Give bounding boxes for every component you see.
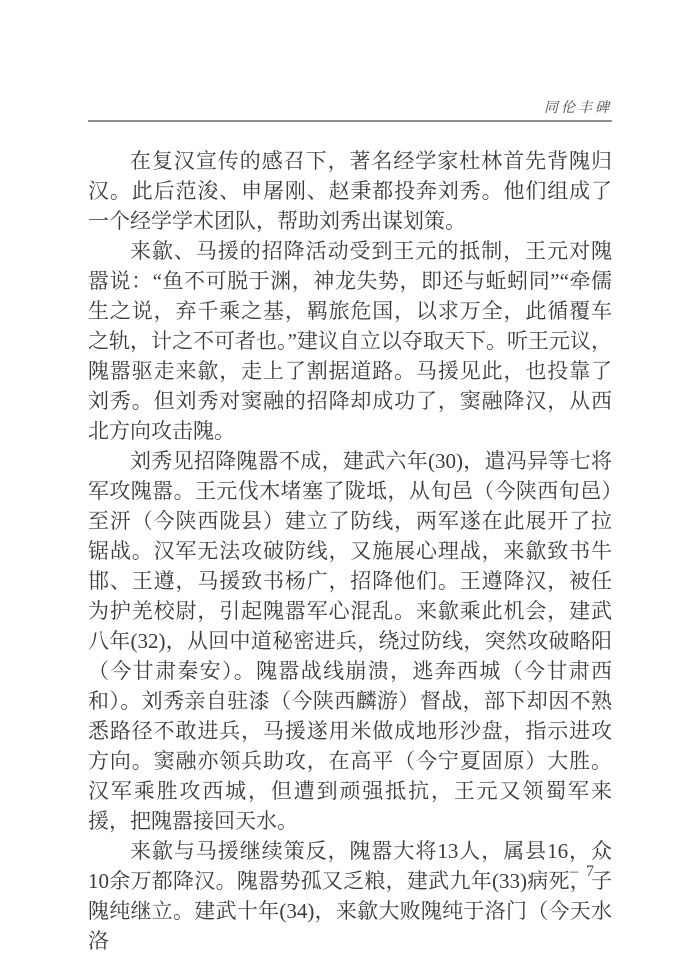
header-rule <box>88 120 612 122</box>
paragraph-3: 刘秀见招降隗嚣不成，建武六年(30)，遣冯异等七将军攻隗嚣。王元伐木堵塞了陇坻，… <box>88 446 612 836</box>
page-body: 在复汉宣传的感召下，著名经学家杜林首先背隗归汉。此后范浚、申屠刚、赵秉都投奔刘秀… <box>88 146 612 956</box>
paragraph-4: 来歙与马援继续策反，隗嚣大将13人，属县16，众10余万都降汉。隗嚣势孤又乏粮，… <box>88 836 612 956</box>
book-page: 同伦丰碑 在复汉宣传的感召下，著名经学家杜林首先背隗归汉。此后范浚、申屠刚、赵秉… <box>0 0 692 968</box>
page-number: – 7 – <box>570 863 612 880</box>
paragraph-1: 在复汉宣传的感召下，著名经学家杜林首先背隗归汉。此后范浚、申屠刚、赵秉都投奔刘秀… <box>88 146 612 236</box>
running-head-title: 同伦丰碑 <box>544 101 612 116</box>
paragraph-2: 来歙、马援的招降活动受到王元的抵制，王元对隗嚣说：“鱼不可脱于渊，神龙失势，即还… <box>88 236 612 446</box>
page-footer: – 7 – <box>88 862 612 882</box>
running-head: 同伦丰碑 <box>88 100 612 118</box>
